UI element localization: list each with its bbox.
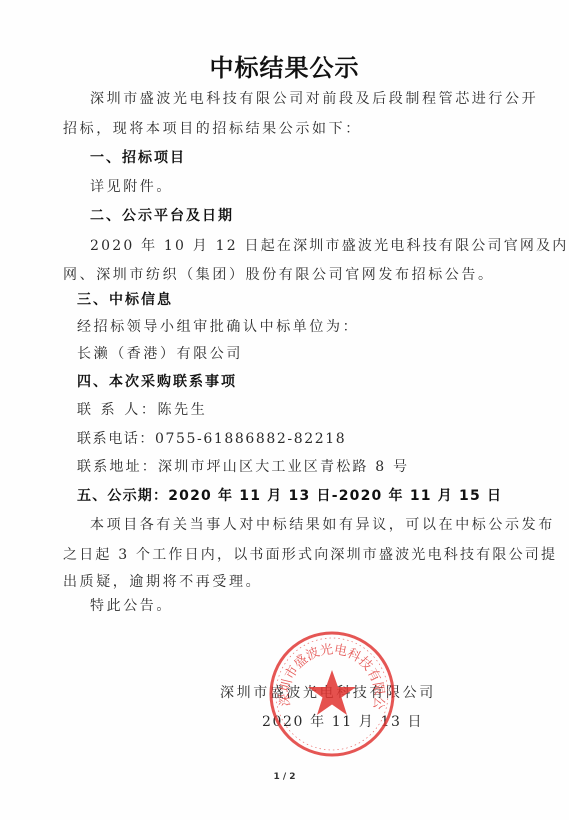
section2-line-2: 网、深圳市纺织（集团）股份有限公司官网发布招标公告。 bbox=[63, 266, 495, 284]
section5-line-1: 本项目各有关当事人对中标结果如有异议，可以在中标公示发布 bbox=[90, 516, 555, 534]
contact-person: 联 系 人：陈先生 bbox=[77, 401, 207, 419]
intro-line-1: 深圳市盛波光电科技有限公司对前段及后段制程管芯进行公开 bbox=[90, 90, 538, 108]
document-page: 中标结果公示 深圳市盛波光电科技有限公司对前段及后段制程管芯进行公开 招标，现将… bbox=[0, 0, 569, 820]
intro-line-2: 招标，现将本项目的招标结果公示如下： bbox=[63, 120, 362, 138]
official-seal-icon: 深圳市盛波光电科技有限公司 bbox=[268, 630, 396, 758]
section3-heading: 三、中标信息 bbox=[77, 291, 173, 309]
section5-line-3: 出质疑，逾期将不再受理。 bbox=[63, 573, 262, 591]
section1-heading: 一、招标项目 bbox=[90, 149, 186, 167]
section4-heading: 四、本次采购联系事项 bbox=[77, 373, 237, 391]
contact-phone: 联系电话：0755-61886882-82218 bbox=[77, 430, 346, 448]
section3-line-1: 经招标领导小组审批确认中标单位为： bbox=[77, 318, 359, 336]
section2-heading: 二、公示平台及日期 bbox=[90, 207, 234, 225]
section2-line-1: 2020 年 10 月 12 日起在深圳市盛波光电科技有限公司官网及内 bbox=[90, 237, 569, 255]
section3-winner: 长濑（香港）有限公司 bbox=[77, 345, 243, 363]
contact-address: 联系地址：深圳市坪山区大工业区青松路 8 号 bbox=[77, 458, 409, 476]
document-title: 中标结果公示 bbox=[0, 48, 569, 83]
section5-line-2: 之日起 3 个工作日内，以书面形式向深圳市盛波光电科技有限公司提 bbox=[63, 546, 557, 564]
page-number: 1 / 2 bbox=[0, 772, 569, 782]
section1-body: 详见附件。 bbox=[90, 178, 173, 196]
section5-heading: 五、公示期：2020 年 11 月 13 日-2020 年 11 月 15 日 bbox=[77, 487, 502, 505]
closing-text: 特此公告。 bbox=[90, 597, 173, 615]
